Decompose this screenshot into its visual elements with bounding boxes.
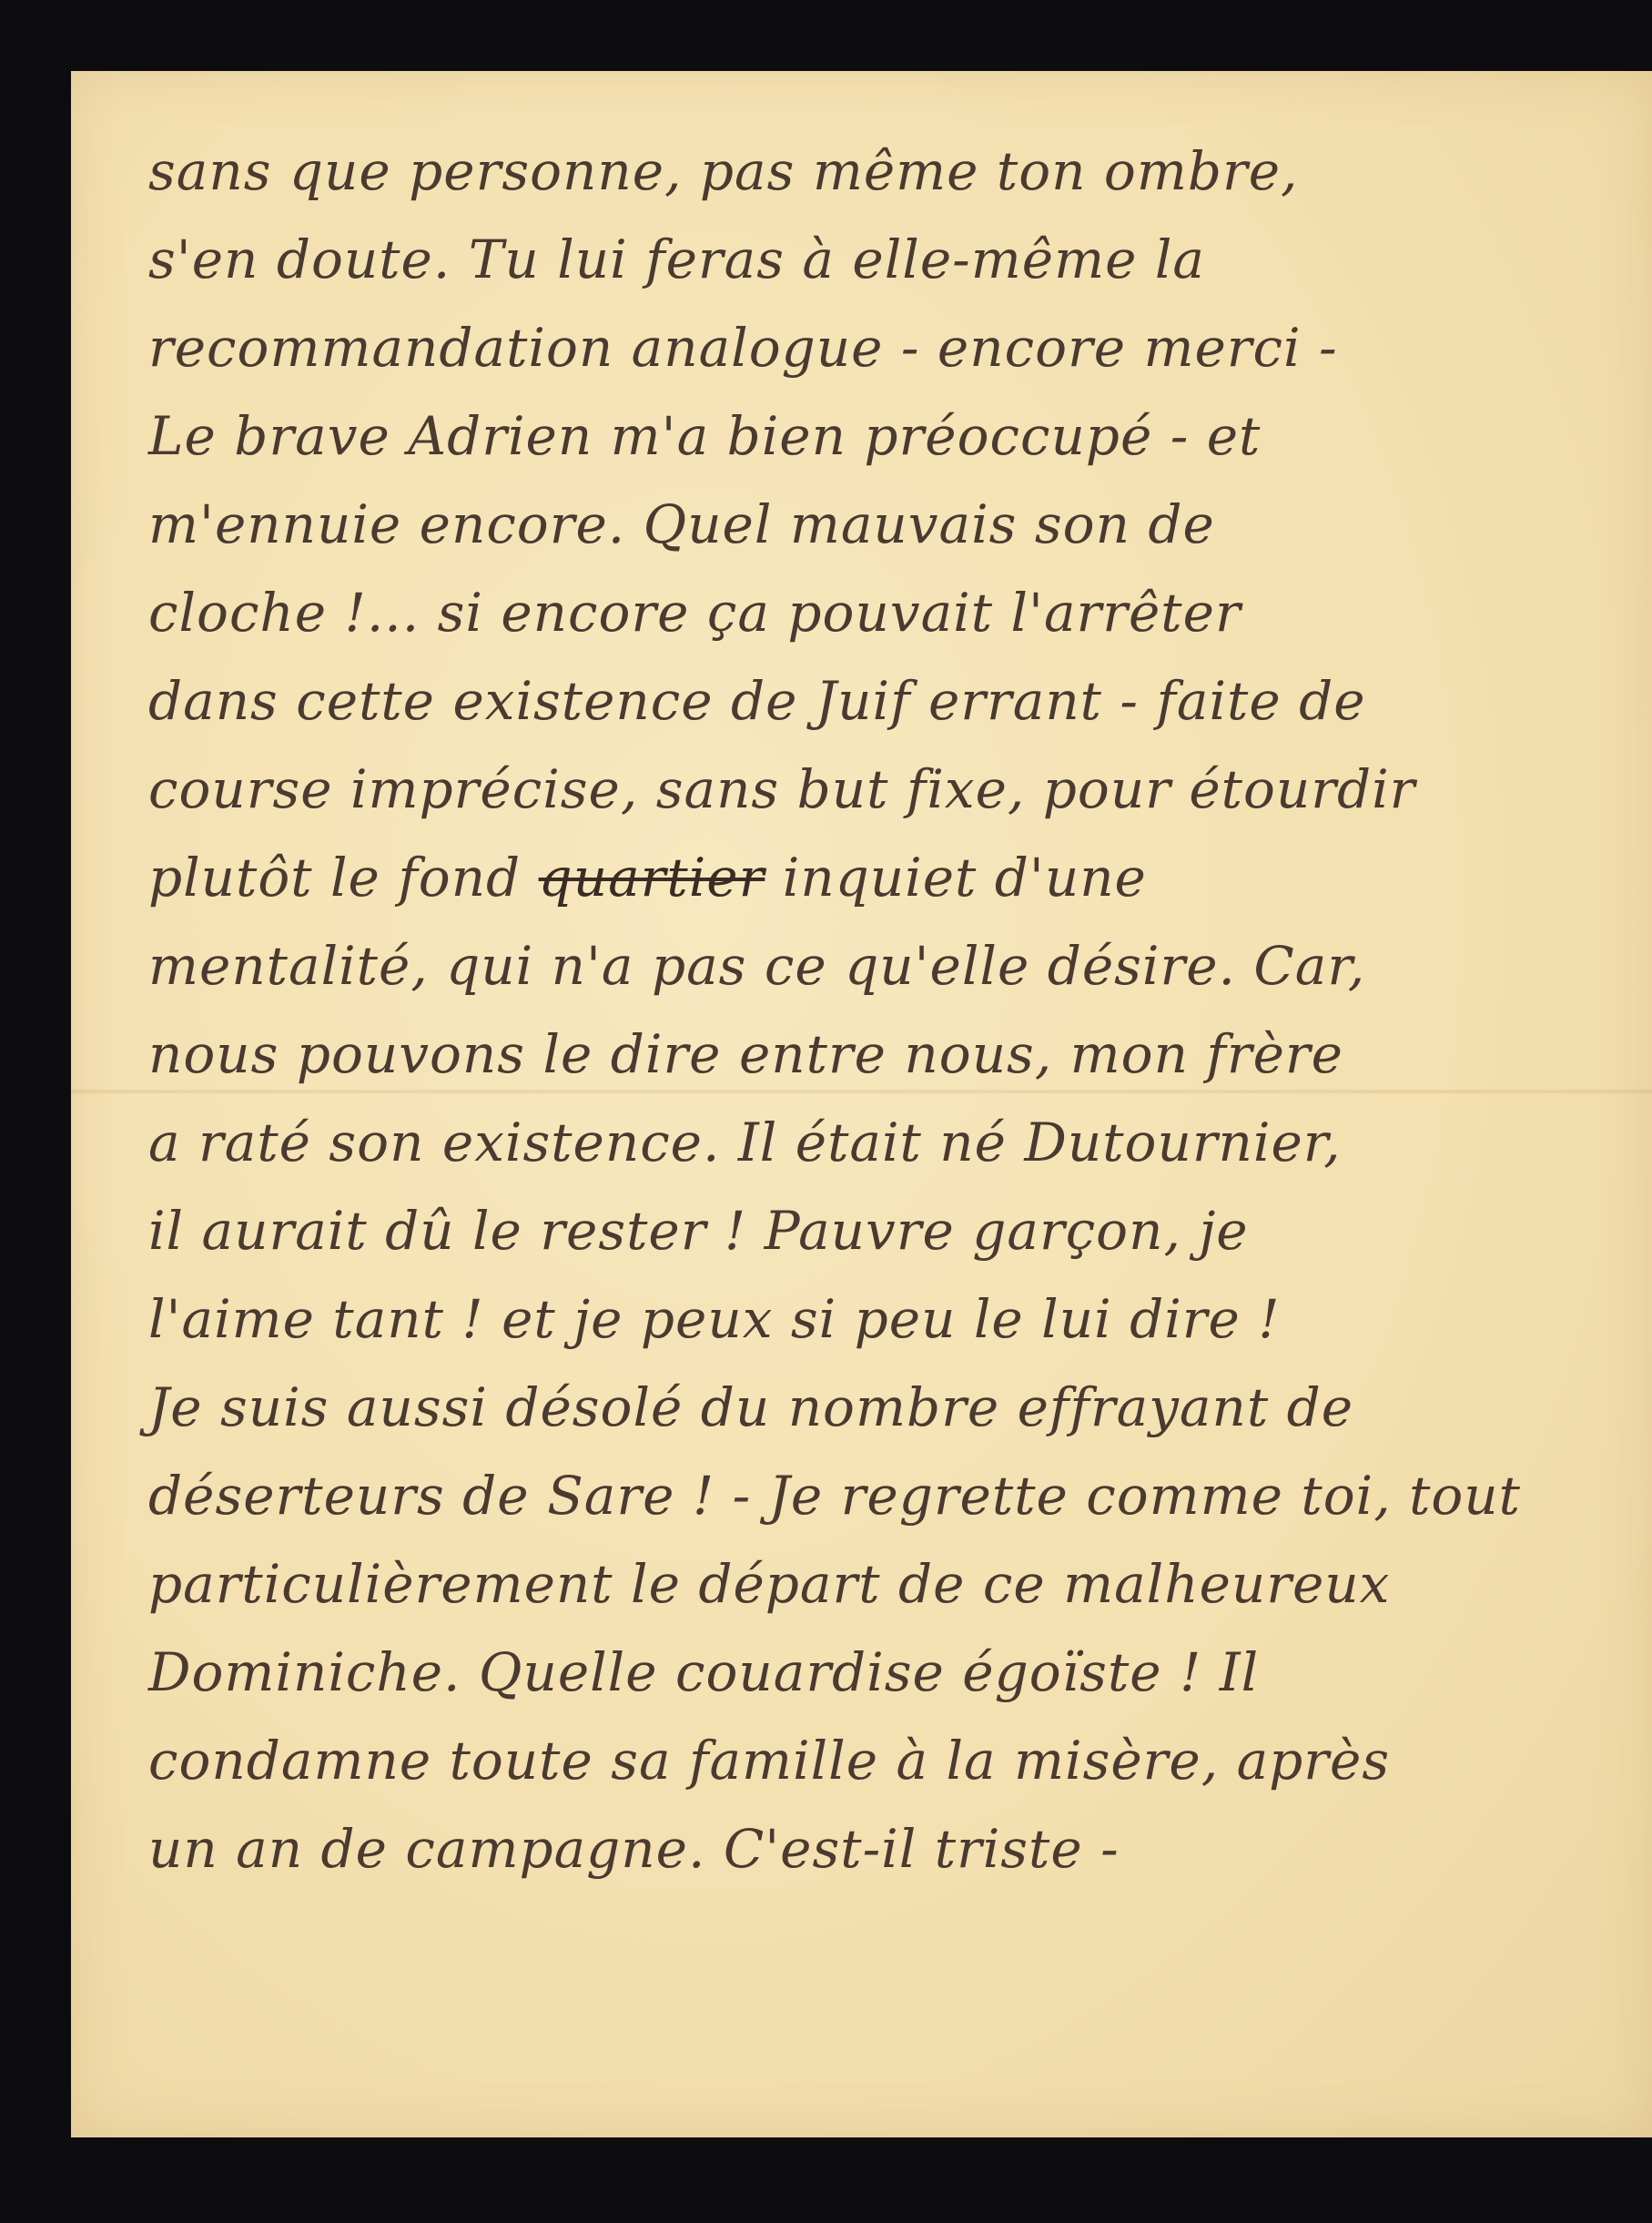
text-line-7: dans cette existence de Juif errant - fa…	[148, 657, 1623, 746]
letter-page: sans que personne, pas même ton ombre, s…	[71, 71, 1652, 2137]
text-line-10: mentalité, qui n'a pas ce qu'elle désire…	[148, 922, 1623, 1010]
text-line-8: course imprécise, sans but fixe, pour ét…	[148, 746, 1623, 834]
text-line-3: recommandation analogue - encore merci -	[148, 304, 1623, 392]
text-line-5: m'ennuie encore. Quel mauvais son de	[148, 481, 1623, 569]
text-line-11: nous pouvons le dire entre nous, mon frè…	[148, 1010, 1623, 1099]
text-line-18: Dominiche. Quelle couardise égoïste ! Il	[148, 1629, 1623, 1717]
struck-out-word: quartier	[539, 847, 765, 908]
text-line-16: déserteurs de Sare ! - Je regrette comme…	[148, 1452, 1623, 1540]
text-line-19: condamne toute sa famille à la misère, a…	[148, 1717, 1623, 1805]
text-line-13: il aurait dû le rester ! Pauvre garçon, …	[148, 1187, 1623, 1275]
text-line-15: Je suis aussi désolé du nombre effrayant…	[148, 1364, 1623, 1452]
text-line-1: sans que personne, pas même ton ombre,	[148, 127, 1623, 216]
text-line-4: Le brave Adrien m'a bien préoccupé - et	[148, 392, 1623, 481]
text-line-17: particulièrement le départ de ce malheur…	[148, 1540, 1623, 1629]
handwritten-text: sans que personne, pas même ton ombre, s…	[148, 127, 1623, 1893]
text-line-9-after: inquiet d'une	[765, 847, 1147, 908]
text-line-12: a raté son existence. Il était né Dutour…	[148, 1099, 1623, 1187]
text-line-2: s'en doute. Tu lui feras à elle-même la	[148, 216, 1623, 304]
text-line-9-before: plutôt le fond	[148, 847, 539, 908]
text-line-20: un an de campagne. C'est-il triste -	[148, 1805, 1623, 1893]
text-line-9: plutôt le fond quartier inquiet d'une	[148, 834, 1623, 922]
text-line-6: cloche !... si encore ça pouvait l'arrêt…	[148, 569, 1623, 657]
text-line-14: l'aime tant ! et je peux si peu le lui d…	[148, 1275, 1623, 1364]
